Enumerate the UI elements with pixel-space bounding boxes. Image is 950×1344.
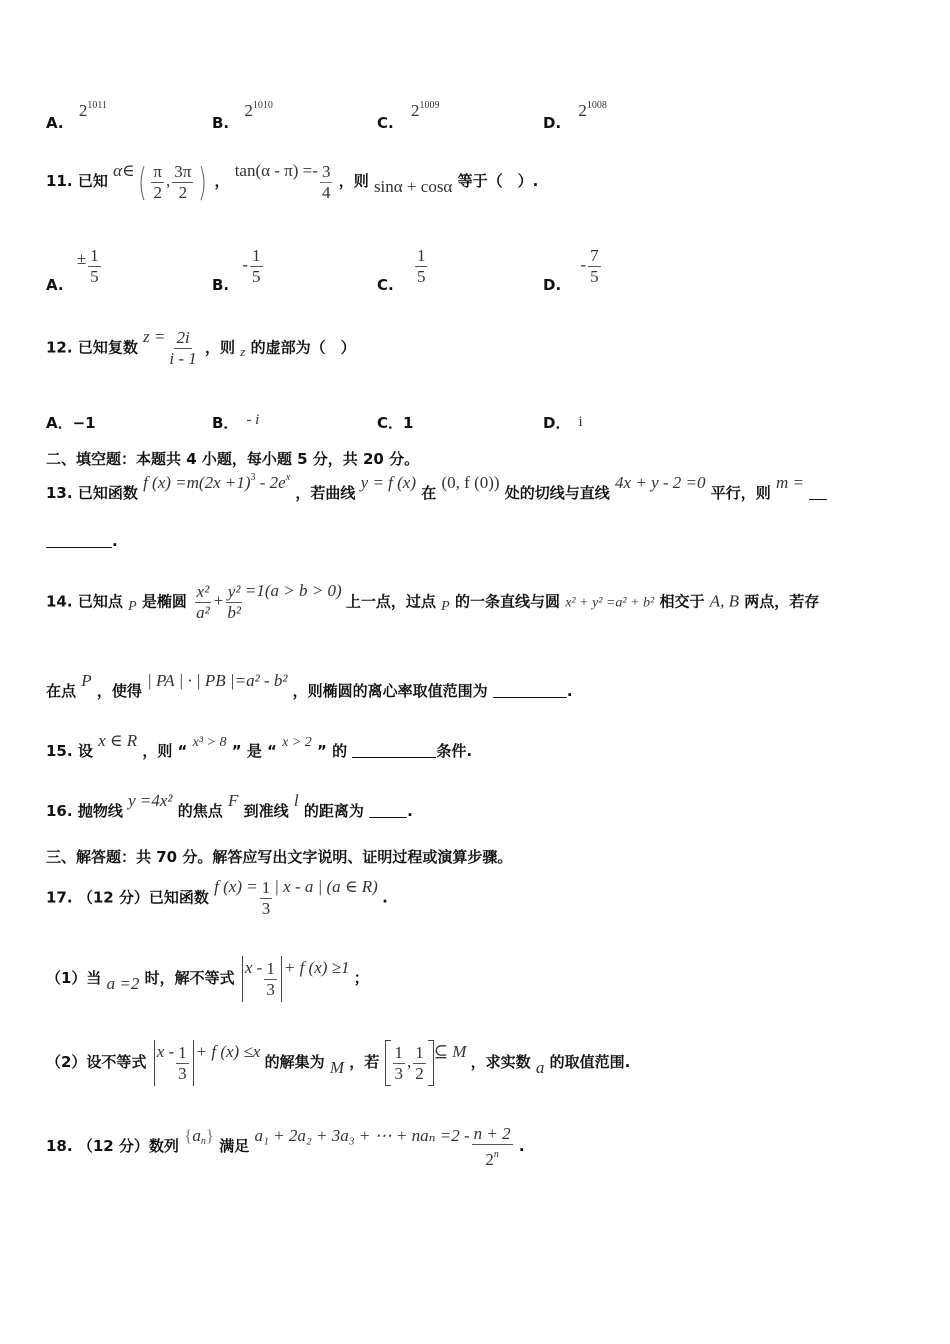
separator: ，	[214, 172, 229, 190]
sequence-equation: a₁ + 2a₂ + 3a₃ + ⋯ + naₙ =2 -n + 22n	[254, 1136, 518, 1155]
question-text: 的一条直线与圆	[455, 592, 560, 610]
q11-option-c: C. 15	[377, 246, 429, 287]
period: .	[519, 1137, 525, 1155]
option-value: 21010	[244, 101, 273, 120]
question-17: 17. （12 分）已知函数 f (x) =13| x - a | (a ∈ R…	[46, 878, 388, 919]
option-label: A.	[46, 114, 64, 132]
distance-condition: | PA | · | PB |=a² - b²	[147, 671, 287, 690]
question-12: 12. 已知复数 z =2ii - 1 ，则 z 的虚部为（ ）	[46, 328, 356, 369]
point-expression: (0, f (0))	[442, 473, 500, 492]
question-text: 已知函数	[78, 484, 138, 502]
sequence-an: {an}	[184, 1136, 214, 1155]
option-label: C．	[377, 414, 403, 432]
question-text: ，求实数	[471, 1053, 531, 1071]
function-definition: f (x) =m(2x +1)3 - 2ex	[143, 473, 290, 492]
question-text: 条件.	[436, 742, 472, 760]
tan-condition: tan(α - π) =-34	[235, 171, 339, 190]
option-value: 21008	[578, 101, 607, 120]
point-p: P	[128, 599, 137, 614]
question-text: 两点，若存	[744, 592, 819, 610]
question-text: 的虚部为（ ）	[251, 338, 356, 356]
answer-blank[interactable]	[493, 697, 567, 698]
option-label: D．	[543, 414, 570, 432]
q10-option-a: A. 21011	[46, 112, 107, 133]
complex-z-definition: z =2ii - 1	[143, 337, 205, 356]
variable-z: z	[240, 344, 245, 359]
question-text: ，若曲线	[295, 484, 355, 502]
q11-option-a: A. ±15	[46, 246, 103, 287]
ellipse-equation: x²a²+y²b²=1(a > b > 0)	[192, 591, 346, 610]
question-17-part-1: （1）当 a =2 时，解不等式 x -13+ f (x) ≥1 ；	[46, 956, 369, 1002]
question-number: 13.	[46, 484, 73, 502]
point-p: P	[441, 599, 450, 614]
period: .	[382, 888, 388, 906]
q11-option-d: D. -75	[543, 246, 603, 287]
question-text: 的距离为	[304, 802, 364, 820]
alpha-interval: α∈(π2,3π2)	[113, 171, 214, 190]
question-text: 的焦点	[178, 802, 223, 820]
answer-blank[interactable]	[352, 757, 436, 758]
question-text: 的取值范围.	[550, 1053, 631, 1071]
question-text: ，使得	[97, 682, 142, 700]
question-number: 16.	[46, 802, 73, 820]
question-text: 处的切线与直线	[505, 484, 610, 502]
period: .	[112, 532, 118, 550]
question-number: 15.	[46, 742, 73, 760]
sin-cos-expression: sinα + cosα	[374, 177, 452, 196]
option-value: - i	[246, 412, 259, 428]
period: .	[567, 682, 573, 700]
inequality: x -13+ f (x) ≥1	[240, 968, 354, 987]
question-text: （12 分）已知函数	[78, 888, 209, 906]
question-16: 16. 抛物线 y =4x² 的焦点 F 到准线 l 的距离为 .	[46, 800, 413, 821]
question-13: 13. 已知函数 f (x) =m(2x +1)3 - 2ex ，若曲线 y =…	[46, 482, 827, 503]
question-text: 满足	[219, 1137, 249, 1155]
option-label: B.	[212, 276, 229, 294]
question-text: 已知点	[78, 592, 123, 610]
question-text: 时，解不等式	[145, 969, 235, 987]
directrix-l: l	[294, 791, 299, 810]
answer-blank[interactable]	[809, 499, 827, 500]
set-m: M	[330, 1058, 344, 1077]
question-text: 在点	[46, 682, 76, 700]
question-text: 等于（ ）.	[458, 172, 539, 190]
option-value: -15	[242, 255, 264, 274]
circle-equation: x² + y² =a² + b²	[565, 595, 654, 610]
option-label: C.	[377, 276, 394, 294]
answer-blank-continued[interactable]	[46, 547, 112, 548]
q11-option-b: B. -15	[212, 246, 265, 287]
answer-variable: m =	[776, 473, 804, 492]
question-text: 是椭圆	[142, 592, 187, 610]
question-11: 11. 已知 α∈(π2,3π2) ， tan(α - π) =-34 ，则 s…	[46, 160, 538, 204]
question-text: ，则	[205, 338, 235, 356]
question-text: 在	[421, 484, 436, 502]
question-text: ，则 “	[142, 742, 187, 760]
question-14-continuation: 在点 P ，使得 | PA | · | PB |=a² - b² ，则椭圆的离心…	[46, 680, 573, 701]
line-expression: 4x + y - 2 =0	[615, 473, 705, 492]
function-definition: f (x) =13| x - a | (a ∈ R)	[214, 887, 382, 906]
variable-a: a	[536, 1058, 545, 1077]
question-text: ” 是 “	[232, 742, 277, 760]
question-text: 的解集为	[265, 1053, 325, 1071]
focus-f: F	[228, 791, 238, 810]
question-14: 14. 已知点 P 是椭圆 x²a²+y²b²=1(a > b > 0) 上一点…	[46, 582, 819, 623]
option-label: C.	[377, 114, 394, 132]
point-p: P	[81, 671, 91, 690]
option-value: 21011	[79, 101, 107, 120]
option-label: A．	[46, 414, 73, 432]
q10-option-b: B. 21010	[212, 112, 273, 133]
option-value: -75	[580, 255, 602, 274]
option-label: A.	[46, 276, 64, 294]
question-text: ，则椭圆的离心率取值范围为	[293, 682, 488, 700]
q12-option-c: C．1	[377, 412, 413, 433]
period: .	[407, 802, 413, 820]
option-value: i	[578, 414, 582, 430]
question-text: ” 的	[317, 742, 347, 760]
question-text: 平行，则	[711, 484, 771, 502]
option-label: B.	[212, 114, 229, 132]
question-number: 11.	[46, 172, 73, 190]
section-2-heading: 二、填空题：本题共 4 小题，每小题 5 分，共 20 分。	[46, 448, 419, 469]
question-17-part-2: （2）设不等式 x -13+ f (x) ≤x 的解集为 M ，若 13,12⊆…	[46, 1040, 630, 1086]
question-number: 17.	[46, 888, 73, 906]
question-13-continuation: .	[46, 532, 118, 550]
option-value: 21009	[411, 101, 440, 120]
curve-expression: y = f (x)	[361, 473, 416, 492]
question-text: （12 分）数列	[78, 1137, 179, 1155]
question-text: ，若	[349, 1053, 379, 1071]
question-text: ，则	[339, 172, 369, 190]
condition-2: x > 2	[282, 735, 312, 750]
option-label: D.	[543, 276, 561, 294]
option-label: D.	[543, 114, 561, 132]
condition-1: x³ > 8	[193, 735, 227, 750]
section-3-heading: 三、解答题：共 70 分。解答应写出文字说明、证明过程或演算步骤。	[46, 846, 512, 867]
q12-option-b: B．- i	[212, 412, 259, 433]
option-value: ±15	[77, 255, 103, 274]
question-text: （2）设不等式	[46, 1053, 146, 1071]
q12-option-d: D．i	[543, 412, 583, 433]
option-value: 15	[413, 255, 430, 274]
interval-subset: 13,12⊆ M	[385, 1052, 471, 1071]
question-number: 12.	[46, 338, 73, 356]
points-ab: A, B	[710, 591, 739, 610]
semicolon: ；	[354, 969, 369, 987]
question-number: 18.	[46, 1137, 73, 1155]
question-15: 15. 设 x ∈ R ，则 “ x³ > 8 ” 是 “ x > 2 ” 的 …	[46, 740, 472, 761]
set-condition: x ∈ R	[98, 731, 137, 750]
question-text: 到准线	[244, 802, 289, 820]
question-text: 上一点，过点	[346, 592, 436, 610]
question-text: 抛物线	[78, 802, 123, 820]
option-value: −1	[73, 414, 96, 432]
question-text: 设	[78, 742, 93, 760]
option-value: 1	[403, 414, 413, 432]
question-text: 已知	[78, 172, 108, 190]
question-number: 14.	[46, 592, 73, 610]
answer-blank[interactable]	[369, 817, 407, 818]
question-text: （1）当	[46, 969, 101, 987]
q10-option-c: C. 21009	[377, 112, 439, 133]
inequality: x -13+ f (x) ≤x	[152, 1052, 265, 1071]
parabola-equation: y =4x²	[128, 791, 172, 810]
condition-a: a =2	[107, 974, 140, 993]
question-text: 已知复数	[78, 338, 138, 356]
question-18: 18. （12 分）数列 {an} 满足 a₁ + 2a₂ + 3a₃ + ⋯ …	[46, 1124, 525, 1170]
q10-option-d: D. 21008	[543, 112, 607, 133]
question-text: 相交于	[660, 592, 705, 610]
option-label: B．	[212, 414, 238, 432]
q12-option-a: A．−1	[46, 412, 96, 433]
